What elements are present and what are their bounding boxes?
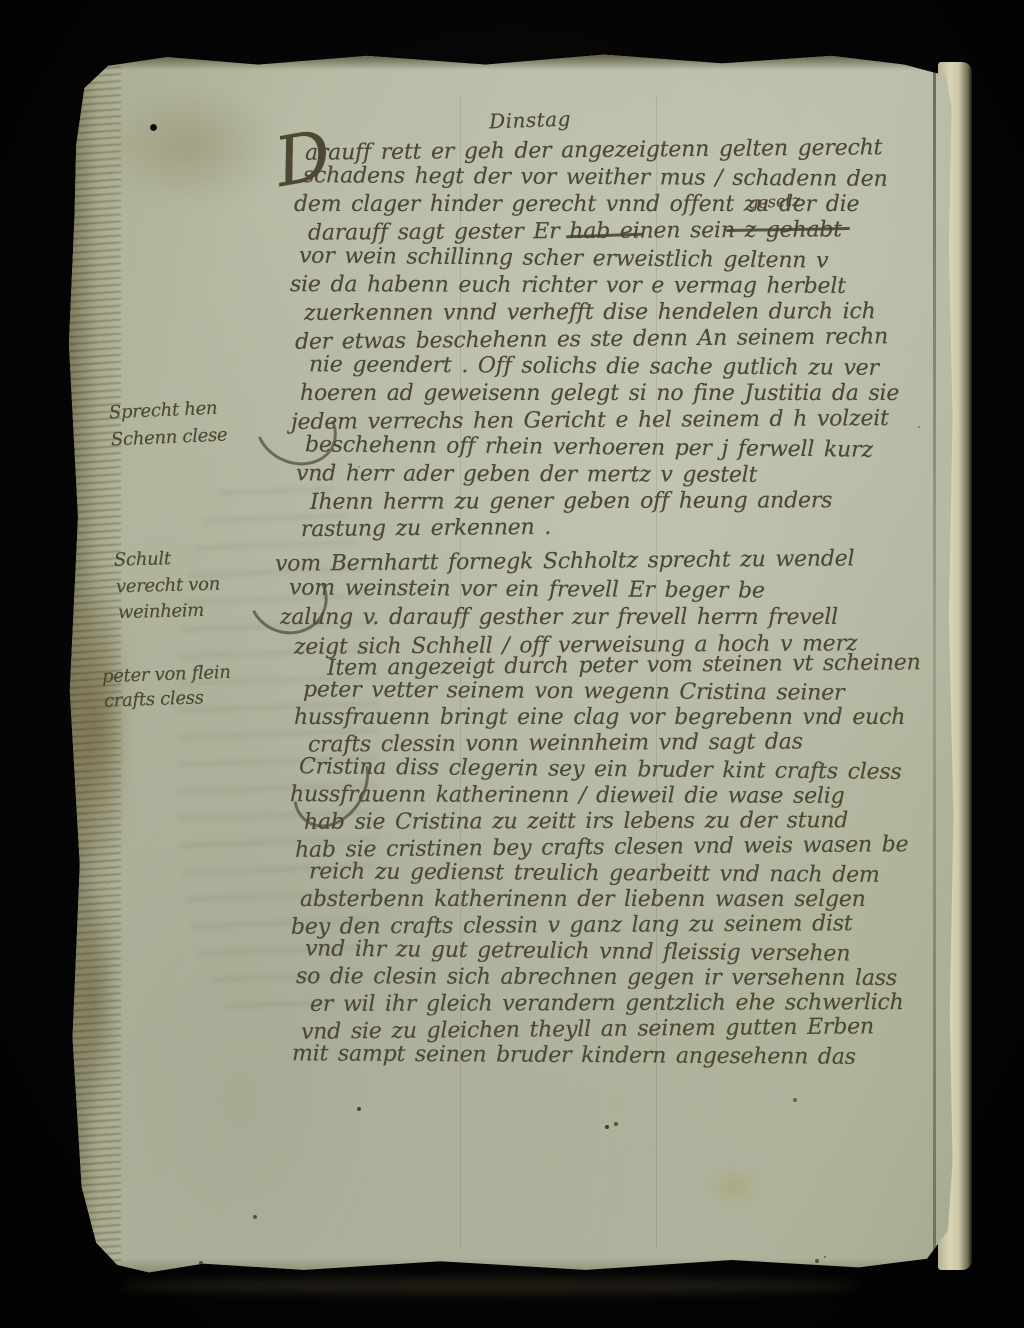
margin-note-line: verecht von xyxy=(116,576,220,597)
text-line: darauff sagt gester Er hab einen sein z … xyxy=(308,219,842,244)
page-fold-line xyxy=(933,65,936,1255)
text-line: Cristina diss clegerin sey ein bruder ki… xyxy=(299,756,902,784)
interlinear-correction: gesetz xyxy=(748,191,801,213)
yellow-stain xyxy=(708,1166,762,1206)
photo-background: Dinstag D arauff rett er geh der angezei… xyxy=(0,0,1024,1328)
text-line: bey den crafts clessin v ganz lang zu se… xyxy=(291,913,853,939)
text-line: nie geendert . Off solichs die sache gut… xyxy=(309,354,879,380)
text-line: vor wein schillinng scher erweistlich ge… xyxy=(299,246,829,273)
page-heading: Dinstag xyxy=(410,104,651,136)
text-line: hussfrauenn bringt eine clag vor begrebe… xyxy=(294,707,905,729)
text-line: vnd ihr zu gut getreulich vnnd fleissig … xyxy=(305,938,850,965)
text-line: jedem verrechs hen Gericht e hel seinem … xyxy=(291,408,889,434)
text-line: crafts clessin vonn weinnheim vnd sagt d… xyxy=(308,731,803,756)
text-line: Item angezeigt durch peter vom steinen v… xyxy=(327,652,921,680)
text-line: der etwas beschehenn es ste denn An sein… xyxy=(295,326,888,354)
text-line: schadens hegt der vor weither mus / scha… xyxy=(303,165,888,191)
margin-note-line: crafts cless xyxy=(104,689,204,710)
text-line: hab sie cristinen bey crafts clesen vnd … xyxy=(295,834,909,862)
text-line: so die clesin sich abrechnen gegen ir ve… xyxy=(296,966,897,990)
text-line: er wil ihr gleich verandern gentzlich eh… xyxy=(310,992,904,1016)
text-line: reich zu gedienst treulich gearbeitt vnd… xyxy=(309,861,880,887)
page-stack-bottom-shadow xyxy=(120,1278,860,1294)
text-line: vnd sie zu gleichen theyll an seinem gut… xyxy=(301,1016,874,1043)
text-line: beschehenn off rhein verhoeren per j fer… xyxy=(305,434,873,461)
text-line: arauff rett er geh der angezeigtenn gelt… xyxy=(305,137,882,164)
margin-note-line: weinheim xyxy=(118,602,205,622)
text-line: hussfrauenn katherinenn / dieweil die wa… xyxy=(290,784,845,808)
margin-note-line: peter von flein xyxy=(102,664,231,686)
text-line: absterbenn katherinenn der liebenn wasen… xyxy=(300,889,866,911)
text-line: zalung v. darauff gesther zur frevell he… xyxy=(280,607,838,629)
text-line: rastung zu erkennen . xyxy=(301,517,551,541)
corner-stain xyxy=(98,86,278,206)
text-line: vnd herr ader geben der mertz v gestelt xyxy=(296,463,757,486)
manuscript-page: Dinstag D arauff rett er geh der angezei… xyxy=(58,46,968,1286)
text-line: peter vetter seinem von wegenn Cristina … xyxy=(303,679,844,704)
page-deckle-top-edge xyxy=(85,46,950,70)
text-line: vom weinstein vor ein frevell Er beger b… xyxy=(289,578,765,603)
text-line: Ihenn herrn zu gener geben off heung and… xyxy=(310,490,832,514)
text-line: mit sampt seinen bruder kindern angesehe… xyxy=(292,1043,856,1069)
margin-note-line: Schult xyxy=(114,550,171,569)
text-line: sie da habenn euch richter vor e vermag … xyxy=(290,274,846,298)
text-line: vom Bernhartt fornegk Schholtz sprecht z… xyxy=(275,548,855,575)
margin-note-line: Schenn clese xyxy=(111,426,228,449)
text-line: hoeren ad geweisenn gelegt si no fine Ju… xyxy=(300,383,899,405)
wormhole-dot xyxy=(150,124,157,131)
text-line: zuerkennen vnnd verhefft dise hendelen d… xyxy=(304,301,876,325)
ink-specks xyxy=(58,46,60,48)
text-line: hab sie Cristina zu zeitt irs lebens zu … xyxy=(304,810,848,834)
margin-note-line: Sprecht hen xyxy=(109,400,218,423)
